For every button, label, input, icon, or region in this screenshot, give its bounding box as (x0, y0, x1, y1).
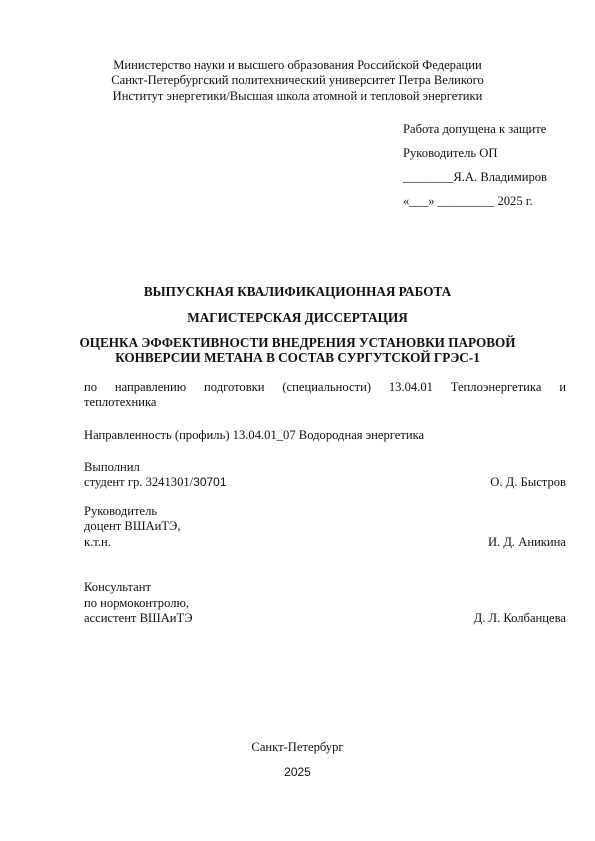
consultant-position: ассистент ВШАиТЭ (84, 611, 193, 626)
student-group: студент гр. 3241301/30701 (84, 475, 227, 490)
footer-year: 2025 (0, 765, 595, 780)
supervisor-degree: к.т.н. (84, 535, 111, 550)
topic-line-1: ОЦЕНКА ЭФФЕКТИВНОСТИ ВНЕДРЕНИЯ УСТАНОВКИ… (0, 335, 595, 350)
approval-admitted: Работа допущена к защите (403, 122, 546, 137)
profile-line: Направленность (профиль) 13.04.01_07 Вод… (84, 428, 424, 443)
student-group-prefix: студент гр. 3241301/ (84, 475, 193, 489)
ministry-line: Министерство науки и высшего образования… (0, 58, 595, 73)
direction-word: по (84, 380, 97, 395)
consultant-area: по нормоконтролю, (84, 596, 189, 611)
direction-word: Теплоэнергетика (451, 380, 542, 395)
work-type-heading: ВЫПУСКНАЯ КВАЛИФИКАЦИОННАЯ РАБОТА (0, 284, 595, 299)
approval-signature: ________Я.А. Владимиров (403, 170, 547, 185)
student-role: Выполнил (84, 460, 140, 475)
university-line: Санкт-Петербургский политехнический унив… (0, 73, 595, 88)
direction-word: и (559, 380, 566, 395)
direction-line-2: теплотехника (84, 395, 156, 410)
approval-date: «___» _________ 2025 г. (403, 194, 533, 209)
degree-heading: МАГИСТЕРСКАЯ ДИССЕРТАЦИЯ (0, 310, 595, 325)
consultant-name: Д. Л. Колбанцева (474, 611, 566, 626)
supervisor-name: И. Д. Аникина (488, 535, 566, 550)
direction-line-1: по направлению подготовки (специальности… (84, 380, 566, 395)
topic-line-2: КОНВЕРСИИ МЕТАНА В СОСТАВ СУРГУТСКОЙ ГРЭ… (0, 350, 595, 365)
supervisor-position: доцент ВШАиТЭ, (84, 519, 181, 534)
approval-supervisor-title: Руководитель ОП (403, 146, 497, 161)
direction-word: направлению (115, 380, 186, 395)
student-name: О. Д. Быстров (490, 475, 566, 490)
footer-city: Санкт-Петербург (0, 740, 595, 755)
supervisor-role: Руководитель (84, 504, 157, 519)
direction-word: подготовки (204, 380, 265, 395)
consultant-role: Консультант (84, 580, 151, 595)
direction-word: (специальности) (282, 380, 371, 395)
institute-line: Институт энергетики/Высшая школа атомной… (0, 89, 595, 104)
direction-word: 13.04.01 (389, 380, 433, 395)
student-group-suffix: 30701 (193, 475, 226, 489)
